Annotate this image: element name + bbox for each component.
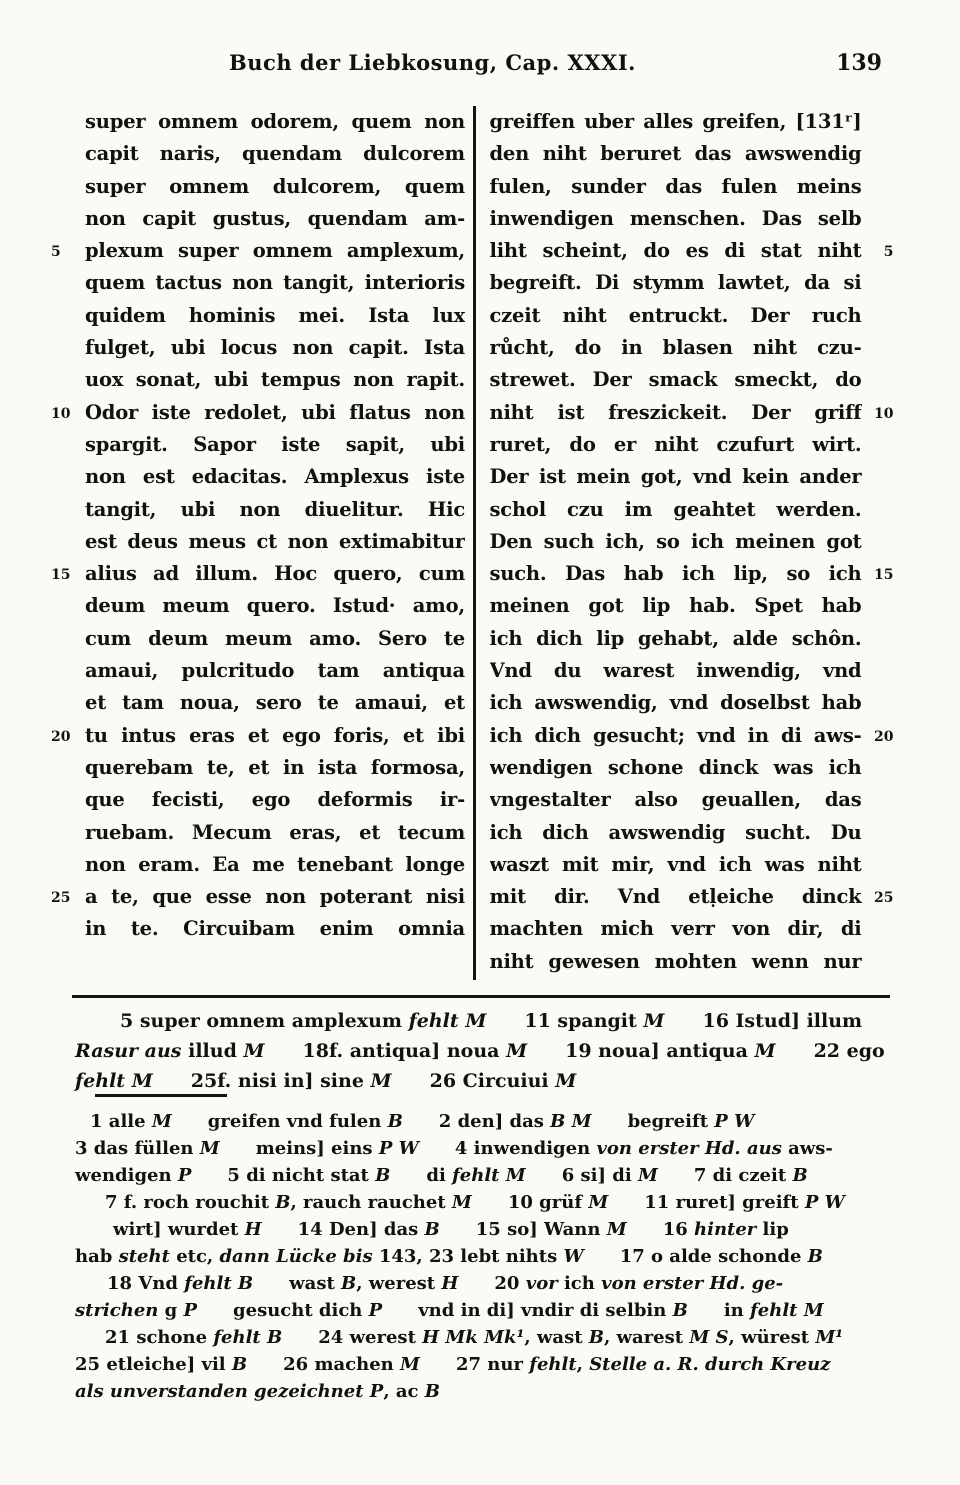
line-text: alius ad illum. Hoc quero, cum: [85, 558, 465, 590]
apparatus-text: 19 noua] antiqua: [527, 1040, 754, 1062]
text-line: quem tactus non tangit, interioris: [85, 267, 465, 299]
line-text: niht gewesen mohten wenn nur: [490, 946, 862, 978]
apparatus-italic-text: B: [341, 1273, 356, 1294]
line-number: 15: [874, 559, 893, 591]
apparatus-italic-text: M: [452, 1192, 472, 1213]
line-text: schol czu im geahtet werden.: [490, 494, 862, 526]
line-text: niht ist freszickeit. Der griff: [490, 397, 862, 429]
text-line: niht ist freszickeit. Der griff10: [490, 397, 862, 429]
line-text: spargit. Sapor iste sapit, ubi: [85, 429, 465, 461]
apparatus-text: 7 f. roch rouchit: [105, 1192, 275, 1213]
apparatus-text: 25f. nisi in] sine: [153, 1070, 371, 1092]
text-line: den niht beruret das awswendig: [490, 138, 862, 170]
apparatus-italic-text: M S: [689, 1327, 728, 1348]
text-line: růcht, do in blasen niht czu-: [490, 332, 862, 364]
line-text: vngestalter also geuallen, das: [490, 784, 862, 816]
apparatus-italic-text: fehlt B: [184, 1273, 253, 1294]
line-text: ich dich awswendig sucht. Du: [490, 817, 862, 849]
line-text: waszt mit mir, vnd ich was niht: [490, 849, 862, 881]
apparatus-text: etc,: [170, 1246, 220, 1267]
line-text: czeit niht entruckt. Der ruch: [490, 300, 862, 332]
apparatus-text: , wast: [524, 1327, 588, 1348]
apparatus-italic-text: dann Lücke bis: [219, 1246, 372, 1267]
text-line: ich dich lip gehabt, alde schôn.: [490, 623, 862, 655]
apparatus-italic-text: M: [555, 1070, 576, 1092]
line-text: Odor iste redolet, ubi flatus non: [85, 397, 465, 429]
text-line: a te, que esse non poterant nisi25: [85, 881, 465, 913]
apparatus-separator-rule: [95, 1094, 227, 1097]
apparatus-italic-text: M: [132, 1070, 153, 1092]
line-number: 5: [51, 236, 61, 268]
apparatus-text: 14 Den] das: [262, 1219, 425, 1240]
apparatus-italic-text: B: [792, 1165, 807, 1186]
text-line: fulget, ubi locus non capit. Ista: [85, 332, 465, 364]
text-line: fulen, sunder das fulen meins: [490, 171, 862, 203]
apparatus-line: fehlt M 25f. nisi in] sine M 26 Circuiui…: [75, 1066, 890, 1096]
apparatus-line: 7 f. roch rouchit B, rauch rauchet M 10 …: [75, 1189, 890, 1216]
apparatus-italic-text: H Mk Mk¹: [422, 1327, 524, 1348]
line-text: est deus meus ct non extimabitur: [85, 526, 465, 558]
apparatus-text: ,: [577, 1354, 590, 1375]
text-line: schol czu im geahtet werden.: [490, 494, 862, 526]
latin-column: super omnem odorem, quem noncapit naris,…: [85, 106, 465, 980]
apparatus-line: 3 das füllen M meins] eins P W 4 inwendi…: [75, 1135, 890, 1162]
text-line: est deus meus ct non extimabitur: [85, 526, 465, 558]
text-line: strewet. Der smack smeckt, do: [490, 364, 862, 396]
column-divider: [473, 106, 476, 980]
apparatus-italic-text: M: [371, 1070, 392, 1092]
line-text: plexum super omnem amplexum,: [85, 235, 465, 267]
text-line: niht gewesen mohten wenn nur: [490, 946, 862, 978]
text-line: Den such ich, so ich meinen got: [490, 526, 862, 558]
apparatus-text: wendigen: [75, 1165, 178, 1186]
apparatus-text: 7 di czeit: [658, 1165, 793, 1186]
apparatus-text: 6 si] di: [526, 1165, 638, 1186]
german-column: greiffen uber alles greifen, [131ʳ]den n…: [490, 106, 862, 980]
apparatus-text: wast: [253, 1273, 341, 1294]
apparatus-text: 26 machen: [247, 1354, 400, 1375]
text-line: vngestalter also geuallen, das: [490, 784, 862, 816]
line-text: cum deum meum amo. Sero te: [85, 623, 465, 655]
line-text: tu intus eras et ego foris, et ibi: [85, 720, 465, 752]
apparatus-italic-text: M: [200, 1138, 220, 1159]
apparatus-italic-text: vor: [526, 1273, 558, 1294]
apparatus-italic-text: Stelle a. R. durch Kreuz: [589, 1354, 830, 1375]
line-text: ich dich gesucht; vnd in di aws-: [490, 720, 862, 752]
running-title: Buch der Liebkosung, Cap. XXXI.: [85, 50, 780, 75]
apparatus-italic-text: von erster Hd. aus: [596, 1138, 781, 1159]
text-line: Vnd du warest inwendig, vnd: [490, 655, 862, 687]
text-line: ich dich gesucht; vnd in di aws-20: [490, 720, 862, 752]
apparatus-italic-text: als unverstanden gezeichnet: [75, 1381, 364, 1402]
apparatus-italic-text: B M: [550, 1111, 591, 1132]
text-line: mit dir. Vnd etḷeiche dinck25: [490, 881, 862, 913]
text-line: et tam noua, sero te amaui, et: [85, 687, 465, 719]
line-text: meinen got lip hab. Spet hab: [490, 590, 862, 622]
apparatus-text: di: [390, 1165, 452, 1186]
apparatus-line: hab steht etc, dann Lücke bis 143, 23 le…: [75, 1243, 890, 1270]
apparatus-text: 11 ruret] greift: [608, 1192, 805, 1213]
apparatus-italic-text: P: [369, 1300, 383, 1321]
apparatus-italic-text: P: [183, 1300, 197, 1321]
line-number: 20: [51, 721, 70, 753]
apparatus-italic-text: P W: [379, 1138, 419, 1159]
text-line: waszt mit mir, vnd ich was niht: [490, 849, 862, 881]
apparatus-line: 21 schone fehlt B 24 werest H Mk Mk¹, wa…: [75, 1324, 890, 1351]
apparatus-text: meins] eins: [220, 1138, 379, 1159]
line-text: Der ist mein got, vnd kein ander: [490, 461, 862, 493]
apparatus-italic-text: P: [370, 1381, 384, 1402]
apparatus-italic-text: M¹: [815, 1327, 843, 1348]
line-text: super omnem odorem, quem non: [85, 106, 465, 138]
apparatus-italic-text: M: [588, 1192, 608, 1213]
apparatus-italic-text: fehlt B: [213, 1327, 282, 1348]
text-line: que fecisti, ego deformis ir-: [85, 784, 465, 816]
apparatus-italic-text: B: [375, 1165, 390, 1186]
text-line: quidem hominis mei. Ista lux: [85, 300, 465, 332]
text-line: Der ist mein got, vnd kein ander: [490, 461, 862, 493]
apparatus-text: 26 Circuiui: [392, 1070, 556, 1092]
line-number: 25: [874, 882, 893, 914]
apparatus-italic-text: fehlt: [409, 1010, 459, 1032]
line-text: Vnd du warest inwendig, vnd: [490, 655, 862, 687]
line-text: den niht beruret das awswendig: [490, 138, 862, 170]
apparatus-text: 5 super omnem amplexum: [120, 1010, 409, 1032]
apparatus-text: greifen vnd fulen: [172, 1111, 388, 1132]
apparatus-italic-text: B: [808, 1246, 823, 1267]
apparatus-italic-text: B: [388, 1111, 403, 1132]
apparatus-text: gesucht dich: [197, 1300, 369, 1321]
text-line: tu intus eras et ego foris, et ibi20: [85, 720, 465, 752]
line-text: a te, que esse non poterant nisi: [85, 881, 465, 913]
apparatus-text: 3 das füllen: [75, 1138, 200, 1159]
text-line: ich awswendig, vnd doselbst hab: [490, 687, 862, 719]
apparatus-text: , würest: [729, 1327, 816, 1348]
apparatus-text: , rauch rauchet: [291, 1192, 452, 1213]
apparatus-line: 1 alle M greifen vnd fulen B 2 den] das …: [75, 1108, 890, 1135]
apparatus-latin: 5 super omnem amplexum fehlt M 11 spangi…: [75, 1006, 890, 1096]
line-text: non capit gustus, quendam am-: [85, 203, 465, 235]
line-text: non eram. Ea me tenebant longe: [85, 849, 465, 881]
apparatus-line: 5 super omnem amplexum fehlt M 11 spangi…: [75, 1006, 890, 1036]
text-line: wendigen schone dinck was ich: [490, 752, 862, 784]
apparatus-italic-text: M: [465, 1010, 486, 1032]
apparatus-italic-text: H: [441, 1273, 458, 1294]
apparatus-text: , warest: [604, 1327, 689, 1348]
line-text: inwendigen menschen. Das selb: [490, 203, 862, 235]
line-text: strewet. Der smack smeckt, do: [490, 364, 862, 396]
apparatus-line: strichen g P gesucht dich P vnd in di] v…: [75, 1297, 890, 1324]
apparatus-italic-text: fehlt M: [452, 1165, 526, 1186]
apparatus-italic-text: B: [589, 1327, 604, 1348]
line-text: querebam te, et in ista formosa,: [85, 752, 465, 784]
line-number: 10: [874, 398, 893, 430]
text-line: non est edacitas. Amplexus iste: [85, 461, 465, 493]
apparatus-german: 1 alle M greifen vnd fulen B 2 den] das …: [75, 1108, 890, 1405]
apparatus-italic-text: B: [425, 1381, 440, 1402]
text-line: deum meum quero. Istud· amo,: [85, 590, 465, 622]
text-line: cum deum meum amo. Sero te: [85, 623, 465, 655]
apparatus-text: 25 etleiche] vil: [75, 1354, 232, 1375]
text-line: czeit niht entruckt. Der ruch: [490, 300, 862, 332]
apparatus-italic-text: M: [506, 1040, 527, 1062]
apparatus-text: 22 ego: [776, 1040, 885, 1062]
text-line: spargit. Sapor iste sapit, ubi: [85, 429, 465, 461]
text-line: tangit, ubi non diuelitur. Hic: [85, 494, 465, 526]
line-text: deum meum quero. Istud· amo,: [85, 590, 465, 622]
apparatus-italic-text: M: [243, 1040, 264, 1062]
apparatus-italic-text: P: [178, 1165, 192, 1186]
line-text: super omnem dulcorem, quem: [85, 171, 465, 203]
text-line: liht scheint, do es di stat niht5: [490, 235, 862, 267]
text-line: non eram. Ea me tenebant longe: [85, 849, 465, 881]
line-text: tangit, ubi non diuelitur. Hic: [85, 494, 465, 526]
apparatus-italic-text: M: [643, 1010, 664, 1032]
apparatus-text: 143, 23 lebt nihts: [373, 1246, 564, 1267]
text-line: in te. Circuibam enim omnia: [85, 913, 465, 945]
apparatus-text: illud: [182, 1040, 244, 1062]
line-text: greiffen uber alles greifen, [131ʳ]: [490, 106, 862, 138]
apparatus-italic-text: strichen: [75, 1300, 158, 1321]
book-page-scan: Buch der Liebkosung, Cap. XXXI. 139 supe…: [0, 0, 960, 1485]
apparatus-italic-text: P W: [805, 1192, 845, 1213]
apparatus-text: 18f. antiqua] noua: [265, 1040, 507, 1062]
text-line: machten mich verr von dir, di: [490, 913, 862, 945]
apparatus-text: in: [688, 1300, 750, 1321]
line-text: amaui, pulcritudo tam antiqua: [85, 655, 465, 687]
apparatus-italic-text: hinter: [694, 1219, 756, 1240]
apparatus-text: 16: [627, 1219, 694, 1240]
apparatus-text: vnd in di] vndir di selbin: [382, 1300, 672, 1321]
apparatus-italic-text: W: [563, 1246, 583, 1267]
page-number: 139: [836, 50, 882, 76]
apparatus-text: 20: [458, 1273, 525, 1294]
line-number: 15: [51, 559, 70, 591]
line-text: ich dich lip gehabt, alde schôn.: [490, 623, 862, 655]
line-number: 20: [874, 721, 893, 753]
line-text: in te. Circuibam enim omnia: [85, 913, 465, 945]
apparatus-text: , werest: [356, 1273, 441, 1294]
apparatus-italic-text: von erster Hd. ge-: [601, 1273, 783, 1294]
apparatus-text: wirt] wurdet: [113, 1219, 245, 1240]
text-line: plexum super omnem amplexum,5: [85, 235, 465, 267]
line-text: quidem hominis mei. Ista lux: [85, 300, 465, 332]
apparatus-text: 15 so] Wann: [440, 1219, 607, 1240]
page-header: Buch der Liebkosung, Cap. XXXI. 139: [85, 50, 890, 80]
text-line: super omnem odorem, quem non: [85, 106, 465, 138]
apparatus-italic-text: H: [245, 1219, 262, 1240]
apparatus-text: 16 Istud] illum: [664, 1010, 862, 1032]
text-line: inwendigen menschen. Das selb: [490, 203, 862, 235]
apparatus-italic-text: B: [673, 1300, 688, 1321]
line-text: uox sonat, ubi tempus non rapit.: [85, 364, 465, 396]
apparatus-text: begreift: [592, 1111, 715, 1132]
apparatus-line: wendigen P 5 di nicht stat B di fehlt M …: [75, 1162, 890, 1189]
apparatus-text: [125, 1070, 132, 1092]
apparatus-italic-text: fehlt: [75, 1070, 125, 1092]
apparatus-text: 10 grüf: [472, 1192, 588, 1213]
apparatus-line: Rasur aus illud M 18f. antiqua] noua M 1…: [75, 1036, 890, 1066]
apparatus-text: 4 inwendigen: [419, 1138, 597, 1159]
apparatus-italic-text: steht: [119, 1246, 170, 1267]
apparatus-text: 11 spangit: [486, 1010, 643, 1032]
line-text: quem tactus non tangit, interioris: [85, 267, 465, 299]
apparatus-text: g: [158, 1300, 183, 1321]
text-columns: super omnem odorem, quem noncapit naris,…: [85, 106, 895, 980]
apparatus-text: 1 alle: [90, 1111, 152, 1132]
apparatus-italic-text: M: [400, 1354, 420, 1375]
line-text: ich awswendig, vnd doselbst hab: [490, 687, 862, 719]
line-text: růcht, do in blasen niht czu-: [490, 332, 862, 364]
line-text: Den such ich, so ich meinen got: [490, 526, 862, 558]
text-line: amaui, pulcritudo tam antiqua: [85, 655, 465, 687]
apparatus-text: ich: [558, 1273, 601, 1294]
apparatus-italic-text: P W: [714, 1111, 754, 1132]
text-line: capit naris, quendam dulcorem: [85, 138, 465, 170]
apparatus-text: 5 di nicht stat: [191, 1165, 375, 1186]
line-text: ruret, do er niht czufurt wirt.: [490, 429, 862, 461]
apparatus-rule: [72, 995, 890, 998]
text-line: ruebam. Mecum eras, et tecum: [85, 817, 465, 849]
apparatus-italic-text: M: [755, 1040, 776, 1062]
apparatus-italic-text: B: [425, 1219, 440, 1240]
text-line: querebam te, et in ista formosa,: [85, 752, 465, 784]
line-text: such. Das hab ich lip, so ich: [490, 558, 862, 590]
text-line: super omnem dulcorem, quem: [85, 171, 465, 203]
apparatus-text: 17 o alde schonde: [584, 1246, 808, 1267]
text-line: begreift. Di stymm lawtet, da si: [490, 267, 862, 299]
apparatus-italic-text: fehlt M: [750, 1300, 824, 1321]
line-text: begreift. Di stymm lawtet, da si: [490, 267, 862, 299]
line-number: 5: [884, 236, 894, 268]
apparatus-line: als unverstanden gezeichnet P, ac B: [75, 1378, 890, 1405]
text-line: ich dich awswendig sucht. Du: [490, 817, 862, 849]
line-text: wendigen schone dinck was ich: [490, 752, 862, 784]
line-text: capit naris, quendam dulcorem: [85, 138, 465, 170]
text-line: such. Das hab ich lip, so ich15: [490, 558, 862, 590]
line-text: machten mich verr von dir, di: [490, 913, 862, 945]
line-text: fulen, sunder das fulen meins: [490, 171, 862, 203]
apparatus-italic-text: Rasur aus: [75, 1040, 182, 1062]
text-line: meinen got lip hab. Spet hab: [490, 590, 862, 622]
apparatus-italic-text: M: [607, 1219, 627, 1240]
apparatus-text: hab: [75, 1246, 119, 1267]
apparatus-text: 24 werest: [282, 1327, 422, 1348]
text-line: ruret, do er niht czufurt wirt.: [490, 429, 862, 461]
text-line: Odor iste redolet, ubi flatus non10: [85, 397, 465, 429]
text-line: greiffen uber alles greifen, [131ʳ]: [490, 106, 862, 138]
line-text: que fecisti, ego deformis ir-: [85, 784, 465, 816]
apparatus-italic-text: M: [152, 1111, 172, 1132]
text-line: alius ad illum. Hoc quero, cum15: [85, 558, 465, 590]
apparatus-line: 18 Vnd fehlt B wast B, werest H 20 vor i…: [75, 1270, 890, 1297]
apparatus-text: aws-: [782, 1138, 833, 1159]
apparatus-text: lip: [756, 1219, 789, 1240]
line-text: fulget, ubi locus non capit. Ista: [85, 332, 465, 364]
apparatus-text: 2 den] das: [403, 1111, 550, 1132]
apparatus-italic-text: B: [275, 1192, 290, 1213]
apparatus-italic-text: fehlt: [529, 1354, 576, 1375]
line-text: liht scheint, do es di stat niht: [490, 235, 862, 267]
text-line: non capit gustus, quendam am-: [85, 203, 465, 235]
line-text: et tam noua, sero te amaui, et: [85, 687, 465, 719]
apparatus-italic-text: B: [232, 1354, 247, 1375]
apparatus-line: wirt] wurdet H 14 Den] das B 15 so] Wann…: [75, 1216, 890, 1243]
line-number: 10: [51, 398, 70, 430]
line-text: mit dir. Vnd etḷeiche dinck: [490, 881, 862, 913]
apparatus-text: 27 nur: [420, 1354, 529, 1375]
apparatus-text: , ac: [383, 1381, 424, 1402]
apparatus-line: 25 etleiche] vil B 26 machen M 27 nur fe…: [75, 1351, 890, 1378]
line-text: non est edacitas. Amplexus iste: [85, 461, 465, 493]
apparatus-text: 21 schone: [105, 1327, 213, 1348]
apparatus-text: 18 Vnd: [107, 1273, 184, 1294]
line-text: ruebam. Mecum eras, et tecum: [85, 817, 465, 849]
apparatus-italic-text: M: [638, 1165, 658, 1186]
line-number: 25: [51, 882, 70, 914]
text-line: uox sonat, ubi tempus non rapit.: [85, 364, 465, 396]
